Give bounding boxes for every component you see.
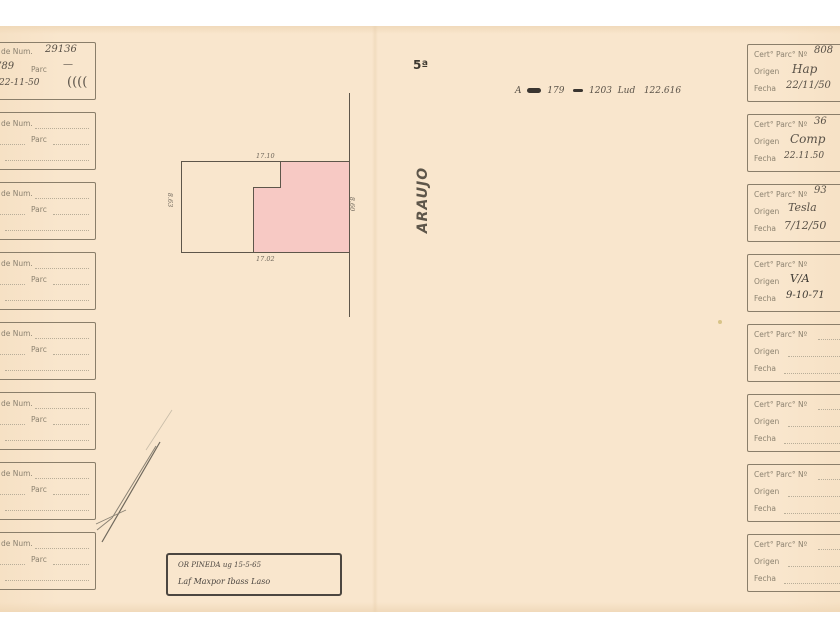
parc-value: — bbox=[63, 59, 73, 70]
registry-stamp: OR PINEDA ug 15-5-65 Laf Maxpor Ibass La… bbox=[166, 553, 342, 596]
origen-label: Origen bbox=[754, 137, 779, 146]
cert-value: 36 bbox=[814, 116, 827, 127]
street-name-label: ARAUJO bbox=[415, 167, 431, 233]
cert-field-line bbox=[818, 549, 840, 550]
fecha-value: 7/12/50 bbox=[784, 219, 826, 232]
right-record-card-8: Cert° Parc° Nº Origen Fecha bbox=[747, 534, 840, 592]
fecha-label: Fecha bbox=[754, 434, 776, 443]
annotation-value-3: Lud bbox=[618, 86, 636, 96]
date-field-line bbox=[5, 580, 89, 581]
right-record-card-1: Cert° Parc° Nº808 OrigenHap Fecha22/11/5… bbox=[747, 44, 840, 102]
date-value: 22-11-50 bbox=[0, 78, 39, 88]
cert-field-line bbox=[818, 479, 840, 480]
lot-division-vertical-upper bbox=[280, 161, 281, 188]
parc-field-line bbox=[53, 144, 89, 145]
scribble-mark: (((( bbox=[67, 75, 87, 90]
origen-value: V/A bbox=[790, 272, 810, 285]
parc-label: Parc bbox=[31, 65, 47, 74]
cert-value: 93 bbox=[814, 185, 827, 196]
fecha-value: 22.11.50 bbox=[784, 151, 824, 161]
dimension-left: 8.63 bbox=[166, 193, 174, 207]
left-record-card-7: de Num. Parc bbox=[0, 462, 96, 520]
origen-field-line bbox=[788, 566, 840, 567]
pencil-mark-icon bbox=[90, 406, 180, 546]
right-record-card-3: Cert° Parc° Nº93 OrigenTesla Fecha7/12/5… bbox=[747, 184, 840, 242]
left-record-card-4: de Num. Parc bbox=[0, 252, 96, 310]
lot-bottom-boundary bbox=[181, 252, 350, 253]
field-line bbox=[0, 354, 25, 355]
num-value: 29136 bbox=[45, 44, 77, 55]
dimension-bottom: 17.02 bbox=[256, 255, 275, 263]
num-label: de Num. bbox=[1, 119, 33, 128]
lot-division-vertical-lower bbox=[253, 187, 254, 253]
annotation-prefix: A bbox=[515, 86, 522, 96]
fecha-label: Fecha bbox=[754, 84, 776, 93]
field-line bbox=[0, 214, 25, 215]
ink-blot-icon bbox=[527, 88, 541, 93]
fecha-label: Fecha bbox=[754, 294, 776, 303]
date-field-line bbox=[5, 230, 89, 231]
fecha-field-line bbox=[784, 513, 840, 514]
num-label: de Num. bbox=[1, 259, 33, 268]
num-field-line bbox=[35, 128, 89, 129]
field-line bbox=[0, 424, 25, 425]
parc-label: Parc bbox=[31, 205, 47, 214]
fecha-value: 22/11/50 bbox=[786, 80, 831, 91]
lot-left-boundary bbox=[181, 161, 182, 253]
page-fold bbox=[372, 26, 378, 612]
annotation-value-1: 179 bbox=[547, 86, 564, 96]
parc-label: Parc bbox=[31, 415, 47, 424]
highlighted-lot-lower bbox=[253, 187, 349, 252]
fecha-label: Fecha bbox=[754, 504, 776, 513]
parc-field-line bbox=[53, 424, 89, 425]
parc-label: Parc bbox=[31, 135, 47, 144]
fecha-field-line bbox=[784, 583, 840, 584]
cert-label: Cert° Parc° Nº bbox=[754, 190, 807, 199]
origen-value: Comp bbox=[790, 132, 825, 146]
top-annotation: A 179 1203 Lud 122.616 bbox=[515, 86, 681, 96]
date-field-line bbox=[5, 440, 89, 441]
parc-field-line bbox=[53, 214, 89, 215]
num-label: de Num. bbox=[1, 329, 33, 338]
num-field-line bbox=[35, 198, 89, 199]
num-label: de Num. bbox=[1, 399, 33, 408]
fecha-label: Fecha bbox=[754, 224, 776, 233]
right-record-card-5: Cert° Parc° Nº Origen Fecha bbox=[747, 324, 840, 382]
field-line bbox=[0, 284, 25, 285]
parc-prefix-value: 789 bbox=[0, 61, 14, 72]
right-record-card-2: Cert° Parc° Nº36 OrigenComp Fecha22.11.5… bbox=[747, 114, 840, 172]
num-label: de Num. bbox=[1, 469, 33, 478]
lot-top-boundary bbox=[181, 161, 350, 162]
origen-value: Tesla bbox=[788, 201, 817, 214]
annotation-value-2: 1203 bbox=[589, 86, 612, 96]
origen-label: Origen bbox=[754, 557, 779, 566]
fecha-label: Fecha bbox=[754, 574, 776, 583]
dimension-top: 17.10 bbox=[256, 152, 275, 160]
parc-label: Parc bbox=[31, 275, 47, 284]
highlighted-lot-upper bbox=[280, 161, 349, 188]
parc-field-line bbox=[53, 564, 89, 565]
cert-label: Cert° Parc° Nº bbox=[754, 400, 807, 409]
parc-label: Parc bbox=[31, 555, 47, 564]
cert-label: Cert° Parc° Nº bbox=[754, 120, 807, 129]
left-record-card-3: de Num. Parc bbox=[0, 182, 96, 240]
stamp-line-2: Laf Maxpor Ibass Laso bbox=[178, 577, 270, 586]
num-field-line bbox=[35, 548, 89, 549]
origen-field-line bbox=[788, 496, 840, 497]
num-field-line bbox=[35, 478, 89, 479]
cert-label: Cert° Parc° Nº bbox=[754, 470, 807, 479]
fecha-field-line bbox=[784, 443, 840, 444]
scanned-document-page: 5ª A 179 1203 Lud 122.616 de Num.29136 7… bbox=[0, 26, 840, 612]
left-record-card-2: de Num. Parc bbox=[0, 112, 96, 170]
parc-field-line bbox=[53, 494, 89, 495]
dash-mark-icon bbox=[573, 89, 583, 92]
origen-label: Origen bbox=[754, 417, 779, 426]
origen-value: Hap bbox=[792, 62, 817, 76]
stamp-line-1: OR PINEDA ug 15-5-65 bbox=[178, 561, 261, 569]
parc-field-line bbox=[53, 284, 89, 285]
cert-label: Cert° Parc° Nº bbox=[754, 50, 807, 59]
field-line bbox=[0, 494, 25, 495]
num-label: de Num. bbox=[1, 47, 33, 56]
origen-field-line bbox=[788, 356, 840, 357]
parc-label: Parc bbox=[31, 345, 47, 354]
stain-mark bbox=[718, 320, 722, 324]
cert-value: 808 bbox=[814, 45, 833, 56]
fecha-value: 9-10-71 bbox=[786, 290, 825, 301]
left-record-card-5: de Num. Parc bbox=[0, 322, 96, 380]
field-line bbox=[0, 144, 25, 145]
num-field-line bbox=[35, 408, 89, 409]
field-line bbox=[0, 564, 25, 565]
dimension-right: 8.60 bbox=[348, 197, 356, 211]
fecha-field-line bbox=[784, 373, 840, 374]
origen-label: Origen bbox=[754, 207, 779, 216]
date-field-line bbox=[5, 160, 89, 161]
page-number: 5ª bbox=[413, 58, 428, 72]
date-field-line bbox=[5, 510, 89, 511]
date-field-line bbox=[5, 370, 89, 371]
cert-label: Cert° Parc° Nº bbox=[754, 260, 807, 269]
fecha-label: Fecha bbox=[754, 154, 776, 163]
right-record-card-6: Cert° Parc° Nº Origen Fecha bbox=[747, 394, 840, 452]
num-label: de Num. bbox=[1, 539, 33, 548]
left-record-card-6: de Num. Parc bbox=[0, 392, 96, 450]
origen-label: Origen bbox=[754, 347, 779, 356]
fecha-label: Fecha bbox=[754, 364, 776, 373]
origen-label: Origen bbox=[754, 487, 779, 496]
num-field-line bbox=[35, 338, 89, 339]
cert-field-line bbox=[818, 409, 840, 410]
left-record-card-1: de Num.29136 789Parc— 22-11-50(((( bbox=[0, 42, 96, 100]
right-record-card-4: Cert° Parc° Nº OrigenV/A Fecha9-10-71 bbox=[747, 254, 840, 312]
right-record-card-7: Cert° Parc° Nº Origen Fecha bbox=[747, 464, 840, 522]
origen-label: Origen bbox=[754, 67, 779, 76]
parc-label: Parc bbox=[31, 485, 47, 494]
annotation-value-4: 122.616 bbox=[644, 86, 681, 96]
lot-division-horizontal bbox=[253, 187, 281, 188]
origen-field-line bbox=[788, 426, 840, 427]
num-label: de Num. bbox=[1, 189, 33, 198]
cert-field-line bbox=[818, 339, 840, 340]
cert-label: Cert° Parc° Nº bbox=[754, 330, 807, 339]
origen-label: Origen bbox=[754, 277, 779, 286]
cert-label: Cert° Parc° Nº bbox=[754, 540, 807, 549]
num-field-line bbox=[35, 268, 89, 269]
date-field-line bbox=[5, 300, 89, 301]
left-record-card-8: de Num. Parc bbox=[0, 532, 96, 590]
parc-field-line bbox=[53, 354, 89, 355]
